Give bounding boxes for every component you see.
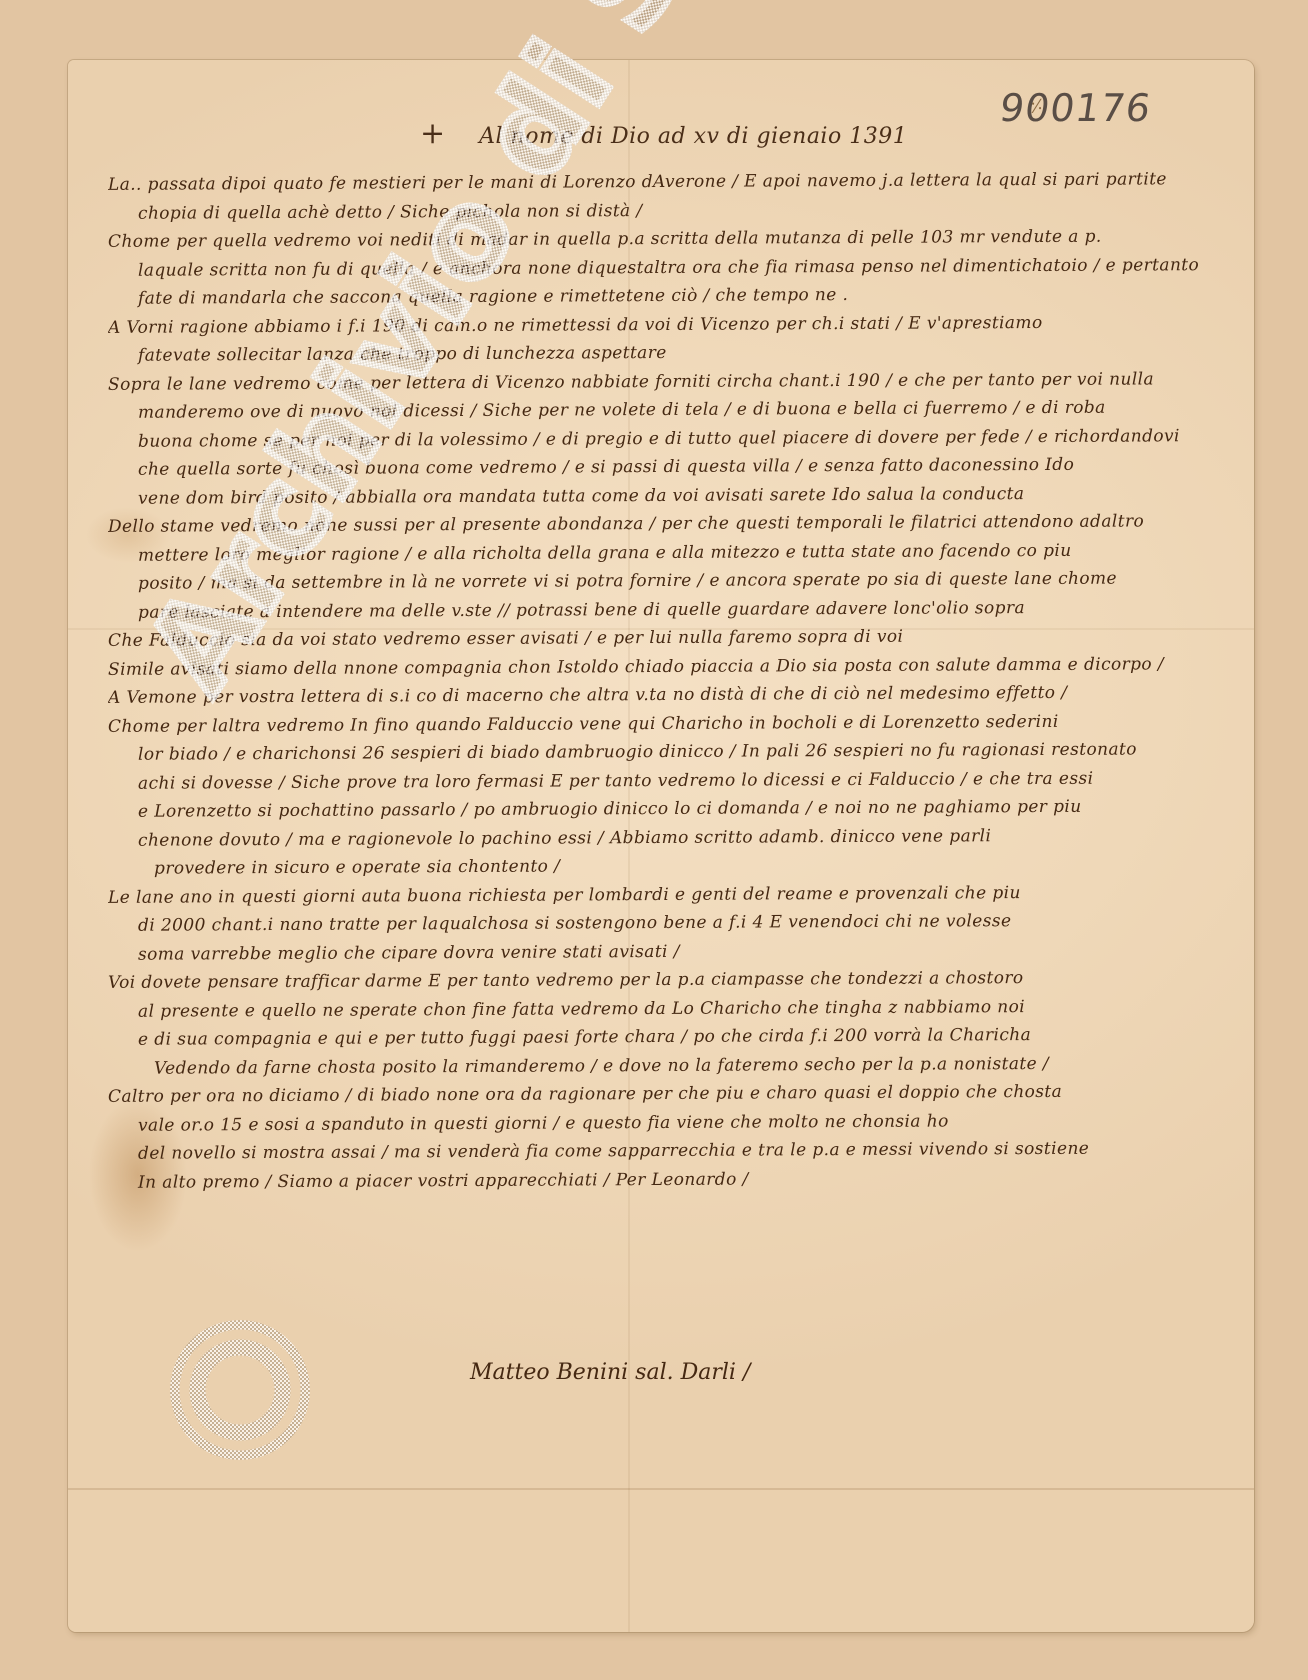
- archive-number: 900176: [997, 86, 1154, 130]
- cross-icon: +: [420, 116, 446, 151]
- letter-body: La.. passata dipoi quato fe mestieri per…: [108, 168, 1203, 1194]
- heading-text: Al nome di Dio ad xv di gienaio 1391: [479, 124, 907, 149]
- fold-line: [68, 1488, 1254, 1490]
- text-line: In alto premo / Siamo a piacer vostri ap…: [108, 1163, 1203, 1197]
- signature: Matteo Benini sal. Darli /: [470, 1360, 750, 1385]
- letter-heading: + Al nome di Dio ad xv di gienaio 1391: [420, 116, 907, 151]
